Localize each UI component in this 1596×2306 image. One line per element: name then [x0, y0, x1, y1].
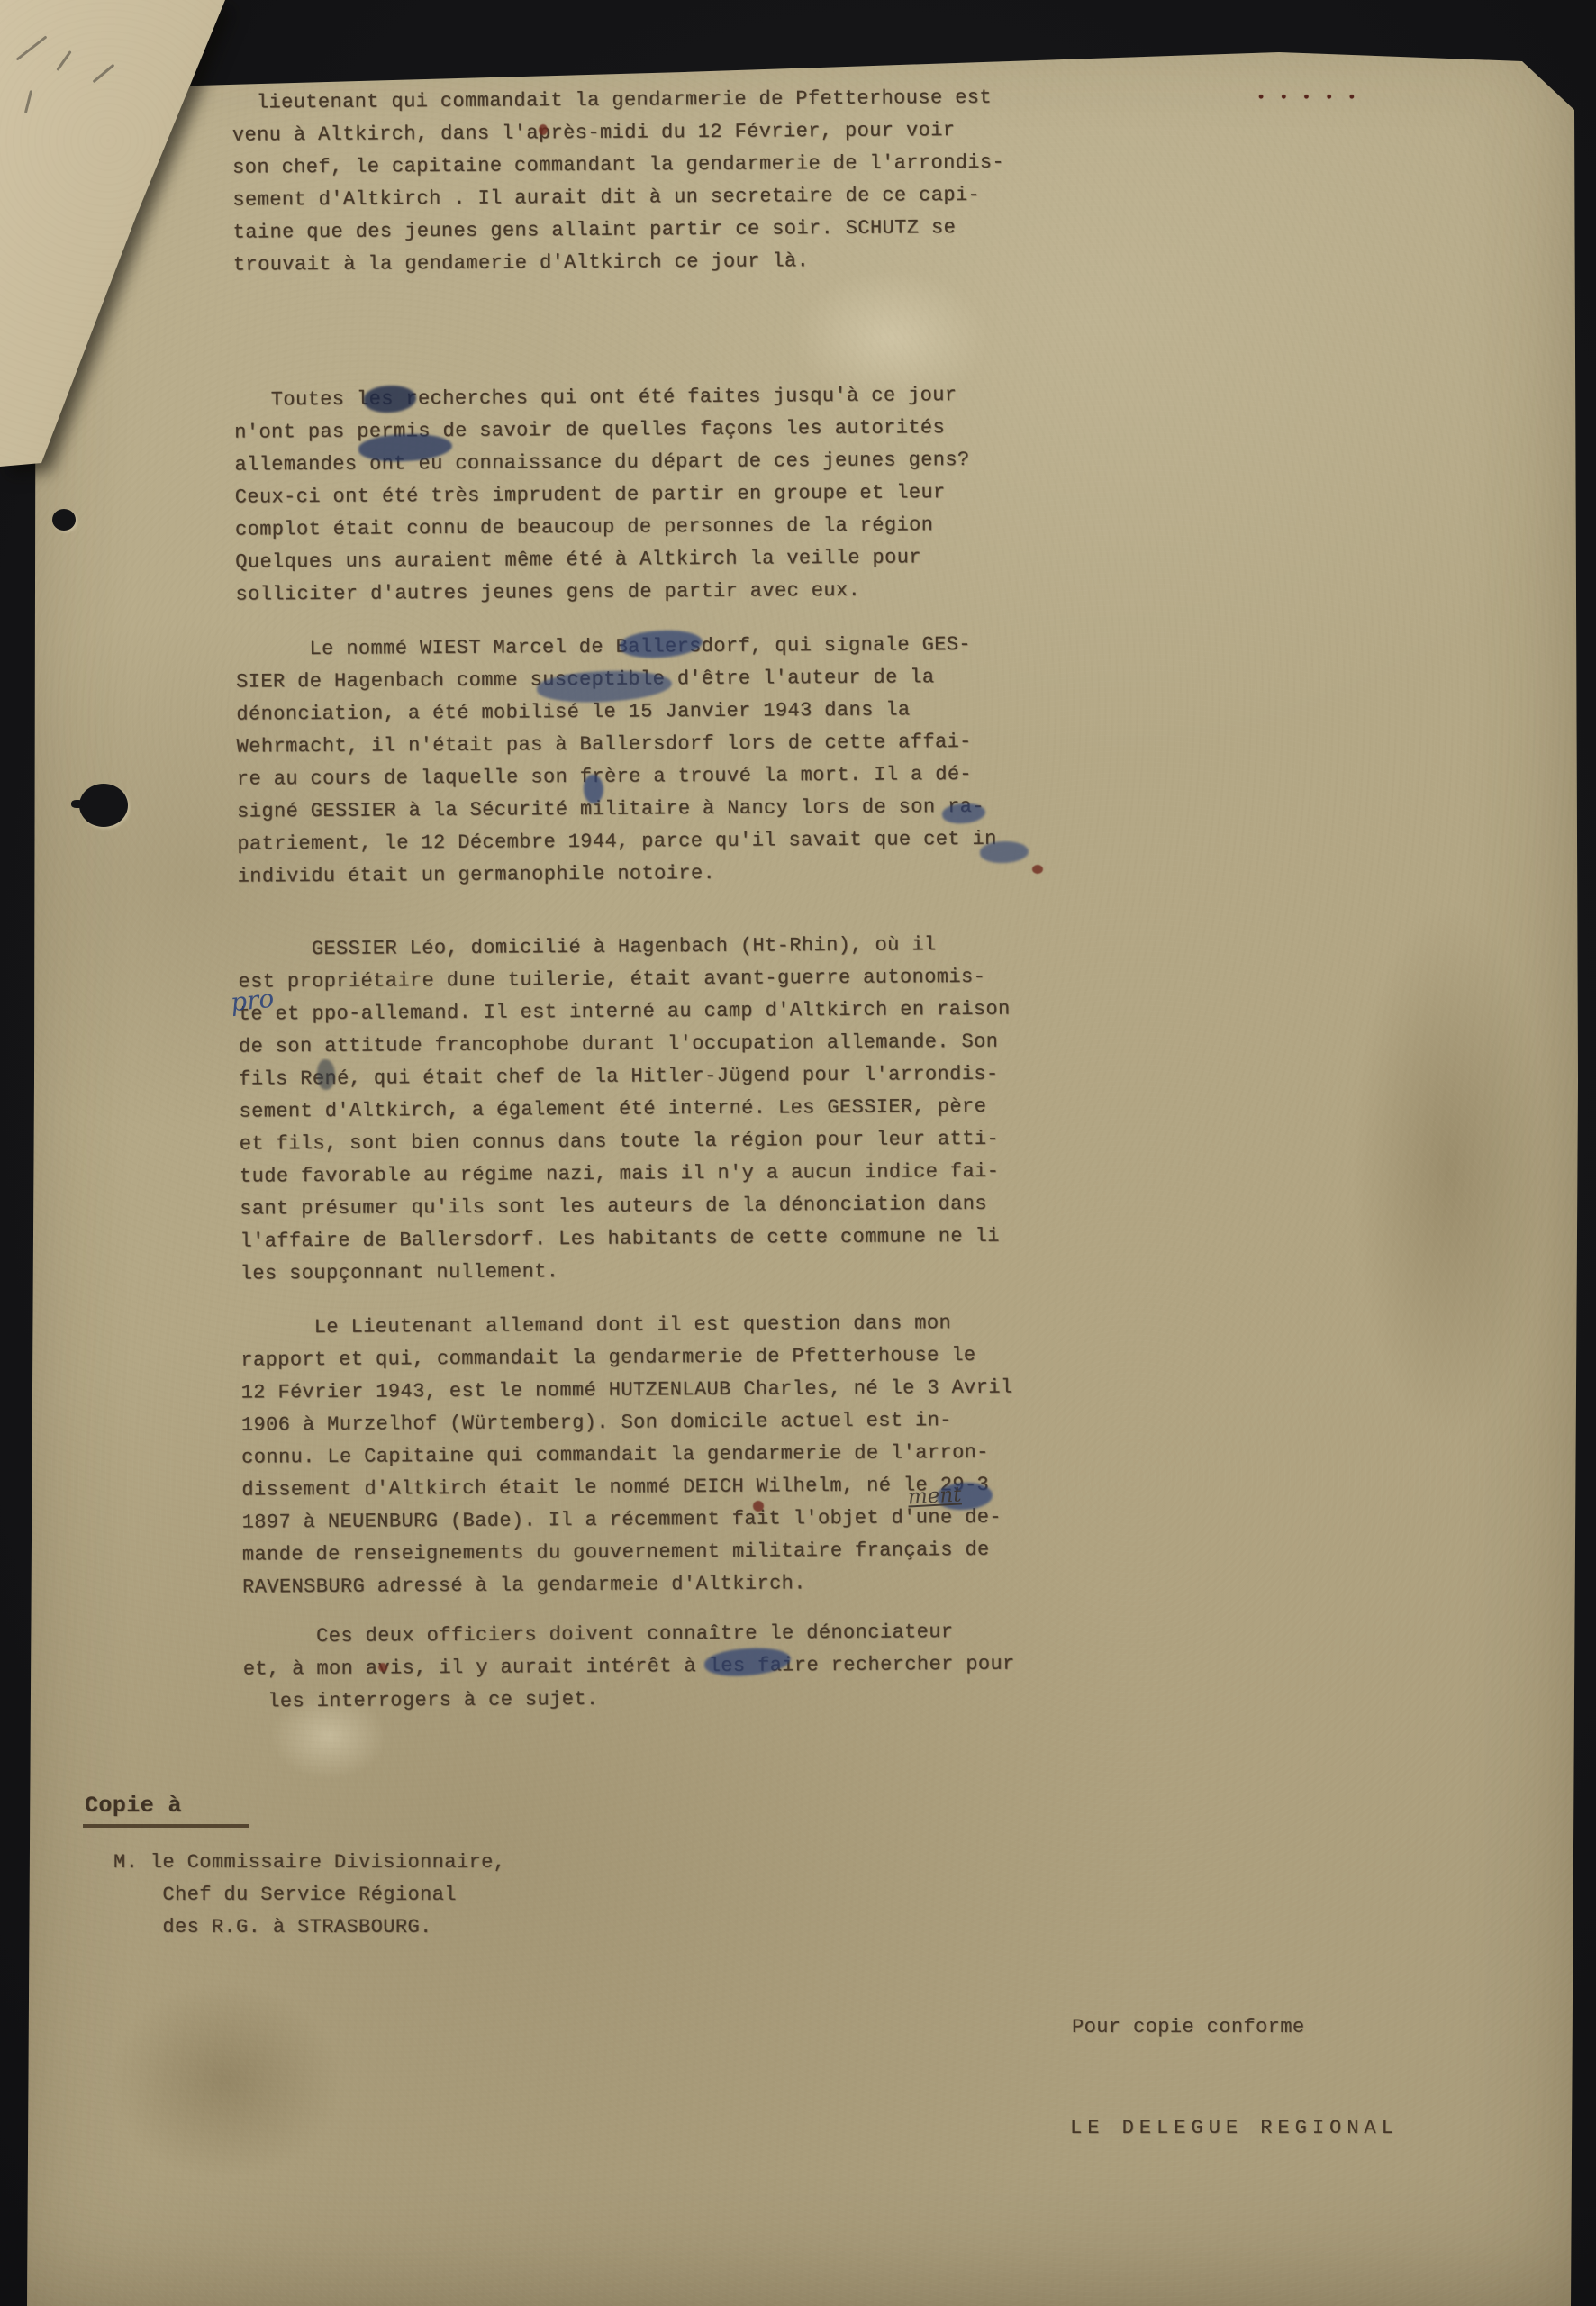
typed-line: allemandes ont eu connaissance du départ… [234, 444, 969, 482]
typed-line: complot était connu de beaucoup de perso… [235, 509, 970, 547]
typed-line: re au cours de laquelle son frère a trou… [237, 758, 997, 796]
typed-line: n'ont pas permis de savoir de quelles fa… [234, 412, 969, 449]
typed-line: les interrogers à ce sujet. [243, 1681, 1015, 1719]
typed-line: SIER de Hagenbach comme susceptible d'êt… [236, 661, 996, 699]
typed-line: venu à Altkirch, dans l'après-midi du 12… [232, 114, 1004, 152]
typed-line: sement d'Altkirch . Il aurait dit à un s… [232, 179, 1004, 217]
typed-line: dissement d'Altkirch était le nommé DEIC… [241, 1469, 1013, 1507]
pencil-mark [16, 35, 48, 60]
typed-line: Ceux-ci ont été très imprudent de partir… [235, 477, 970, 514]
pencil-mark [24, 90, 32, 113]
typed-line: Wehrmacht, il n'était pas à Ballersdorf … [237, 726, 997, 764]
typed-line: patriement, le 12 Décembre 1944, parce q… [237, 823, 997, 861]
typed-line: sement d'Altkirch, a également été inter… [239, 1091, 1011, 1129]
typed-line: RAVENSBURG adressé à la gendarmeie d'Alt… [242, 1566, 1014, 1604]
typed-line: 12 Février 1943, est le nommé HUTZENLAUB… [241, 1372, 1013, 1410]
typed-text-layer: lieutenant qui commandait la gendarmerie… [231, 0, 1310, 2306]
recipient-line: Chef du Service Régional [113, 1879, 505, 1911]
typed-line: mande de renseignements du gouvernement … [242, 1534, 1014, 1572]
typed-line: Toutes les recherches qui ont été faites… [234, 379, 969, 417]
typed-line: lieutenant qui commandait la gendarmerie… [232, 82, 1004, 120]
recipient-line: des R.G. à STRASBOURG. [113, 1911, 505, 1944]
typed-line: signé GESSIER à la Sécurité militaire à … [237, 791, 997, 829]
paragraph: Toutes les recherches qui ont été faites… [234, 379, 971, 612]
typed-line: connu. Le Capitaine qui commandait la ge… [241, 1437, 1013, 1475]
recipient-line: M. le Commissaire Divisionnaire, [113, 1847, 505, 1879]
certification-line: Pour copie conforme [1072, 2016, 1304, 2038]
pencil-mark [56, 50, 71, 71]
photo-background: ••••• lieutenant qui commandait la genda… [0, 0, 1596, 2306]
typed-line: individu était un germanophile notoire. [238, 856, 998, 894]
typed-line: et, à mon avis, il y aurait intérêt à le… [243, 1648, 1015, 1686]
typed-line: de son attitude francophobe durant l'occ… [239, 1026, 1011, 1064]
typed-line: fils René, qui était chef de la Hitler-J… [239, 1058, 1011, 1096]
copy-to-label: Copie à [83, 1793, 249, 1828]
typed-line: Le Lieutenant allemand dont il est quest… [240, 1307, 1012, 1345]
punch-hole [52, 509, 76, 531]
paragraph: Le nommé WIEST Marcel de Ballersdorf, qu… [236, 629, 997, 894]
typed-line: sant présumer qu'ils sont les auteurs de… [240, 1188, 1011, 1226]
paragraph: Ces deux officiers doivent connaître le … [242, 1616, 1015, 1719]
paragraph: GESSIER Léo, domicilié à Hagenbach (Ht-R… [238, 929, 1012, 1291]
typed-line: te et ppo-allemand. Il est interné au ca… [239, 994, 1011, 1031]
typed-line: Quelques uns auraient même été à Altkirc… [235, 541, 970, 579]
typed-line: son chef, le capitaine commandant la gen… [232, 147, 1004, 185]
punch-hole [79, 784, 128, 827]
paper-stain [1351, 901, 1549, 1441]
typed-line: GESSIER Léo, domicilié à Hagenbach (Ht-R… [238, 929, 1010, 967]
typed-line: l'affaire de Ballersdorf. Les habitants … [240, 1221, 1011, 1258]
typed-line: solliciter d'autres jeunes gens de parti… [235, 574, 970, 612]
recipient-block: M. le Commissaire Divisionnaire, Chef du… [113, 1847, 505, 1944]
typed-line: 1897 à NEUENBURG (Bade). Il a récemment … [242, 1502, 1014, 1539]
typed-line: et fils, sont bien connus dans toute la … [240, 1123, 1011, 1161]
pencil-mark [93, 64, 115, 84]
typed-line: rapport et qui, commandait la gendarmeri… [240, 1339, 1012, 1377]
typed-line: 1906 à Murzelhof (Würtemberg). Son domic… [241, 1404, 1013, 1442]
typed-line: trouvait à la gendamerie d'Altkirch ce j… [233, 244, 1005, 282]
typed-line: les soupçonnant nullement. [240, 1253, 1012, 1291]
typed-line: Ces deux officiers doivent connaître le … [242, 1616, 1014, 1654]
typed-line: taine que des jeunes gens allaint partir… [233, 212, 1005, 250]
typed-line: Le nommé WIEST Marcel de Ballersdorf, qu… [236, 629, 996, 667]
typed-line: est propriétaire dune tuilerie, était av… [238, 961, 1010, 999]
paragraph: Le Lieutenant allemand dont il est quest… [240, 1307, 1014, 1604]
typed-line: dénonciation, a été mobilisé le 15 Janvi… [236, 694, 996, 731]
paragraph: lieutenant qui commandait la gendarmerie… [232, 82, 1005, 282]
signature-title: LE DELEGUE REGIONAL [1070, 2117, 1399, 2139]
typed-line: tude favorable au régime nazi, mais il n… [240, 1156, 1011, 1194]
